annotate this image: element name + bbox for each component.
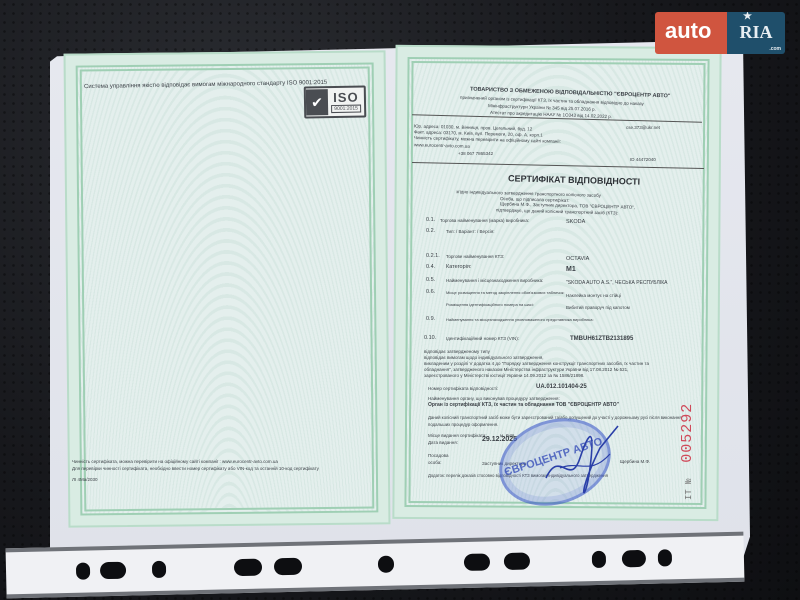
- left-footer-code: ЛІ 4Ма/2030: [72, 476, 98, 483]
- left-footer-line-1: Чинність сертифіката, можна перевірити н…: [72, 458, 278, 465]
- field-code: 0.2.: [426, 228, 435, 235]
- body-value: Орган із сертифікації КТЗ, їх частин та …: [428, 402, 619, 409]
- field-code: 0.2.1.: [426, 253, 440, 260]
- serial-prefix: ІТ №: [684, 478, 694, 500]
- phone: +38 067 7865342: [458, 150, 493, 157]
- field-value-vin-location: Вибитий праворуч під капотом: [566, 304, 630, 311]
- punch-hole: [504, 552, 530, 570]
- field-label: Торгова найменування (марка) виробника:: [440, 217, 529, 224]
- punch-hole: [234, 559, 262, 577]
- punch-hole: [658, 549, 672, 566]
- field-code: 0.4.: [426, 264, 435, 271]
- field-code: 0.10.: [424, 335, 436, 342]
- field-code: 0.1.: [426, 217, 435, 224]
- signer-name: Щербина М.Ф.: [620, 458, 650, 465]
- field-label: Торгове найменування КТЗ:: [446, 253, 504, 260]
- punch-hole: [76, 562, 90, 579]
- logo-domain: .com: [769, 46, 781, 52]
- punch-hole: [274, 558, 302, 576]
- place-label: Місце видання сертифіката:: [428, 432, 487, 439]
- punch-hole: [378, 556, 394, 573]
- check-circle-icon: ✔: [306, 89, 328, 115]
- iso-badge-subtitle: 9001:2015: [331, 105, 361, 114]
- iso-badge: ✔ ISO 9001:2015: [304, 85, 367, 118]
- star-icon: ★: [743, 12, 752, 22]
- certificate-left-page: [64, 50, 391, 527]
- address-4: www.eurocentr-avto.com.ua: [414, 141, 470, 149]
- guilloche-border: [76, 62, 379, 515]
- punch-hole: [622, 550, 646, 568]
- autoria-watermark-logo: auto ★ RIA .com: [655, 12, 785, 54]
- serial-value: 005292: [679, 403, 696, 463]
- field-label: Місце розміщення та метод закріплення об…: [446, 289, 565, 296]
- punch-hole: [592, 551, 606, 568]
- field-label: Найменування і місцезнаходження виробник…: [446, 277, 543, 284]
- serial-number: ІТ № 005292: [678, 403, 696, 500]
- left-footer-line-2: Для перевірки чинності сертифіката, необ…: [72, 465, 319, 472]
- cert-number-label: Номер сертифіката відповідності:: [428, 385, 498, 392]
- punch-hole: [100, 562, 126, 580]
- field-code: 0.9.: [426, 316, 435, 323]
- body-label: Найменування органу, що виконував процед…: [428, 395, 560, 402]
- field-label: Ідентифікаційний номер КТЗ (VIN):: [446, 335, 519, 342]
- field-value-manufacturer: "SKODA AUTO A.S.", ЧЕСЬКА РЕСПУБЛІКА: [566, 280, 667, 287]
- position-label: Посадова особа:: [428, 452, 458, 466]
- field-label: Категорія:: [446, 264, 471, 271]
- field-value-vin: TMBUH61ZTB2131895: [570, 336, 633, 343]
- id-code: ID 44472040: [630, 156, 656, 163]
- iso-badge-title: ISO: [328, 90, 364, 104]
- field-code: 0.5.: [426, 277, 435, 284]
- compliance-5: зареєстрованого у Міністерстві юстиції У…: [424, 372, 584, 379]
- logo-ria: ★ RIA .com: [727, 12, 785, 54]
- field-label: Тип: / Варіант: / Версія:: [446, 228, 495, 235]
- punch-hole: [464, 553, 490, 571]
- field-value-category: M1: [566, 266, 576, 273]
- field-label: Розміщення ідентифікаційного номера на ш…: [446, 301, 534, 308]
- field-value-model: OCTAVIA: [566, 256, 589, 263]
- logo-auto: auto: [655, 12, 727, 54]
- cert-number: UA.012.101404-25: [536, 384, 587, 391]
- field-value-make: SKODA: [566, 219, 585, 226]
- punch-hole: [152, 561, 166, 578]
- logo-ria-text: RIA: [739, 22, 772, 42]
- field-label: Найменування та місцезнаходження уповнов…: [446, 316, 594, 323]
- date-label: Дата видання:: [428, 439, 458, 446]
- field-code: 0.6.: [426, 289, 435, 296]
- signature: [540, 418, 620, 498]
- field-value-plate: Наклейка монтує на стійці: [566, 292, 621, 299]
- email: cse.373@ukr.net: [626, 124, 660, 131]
